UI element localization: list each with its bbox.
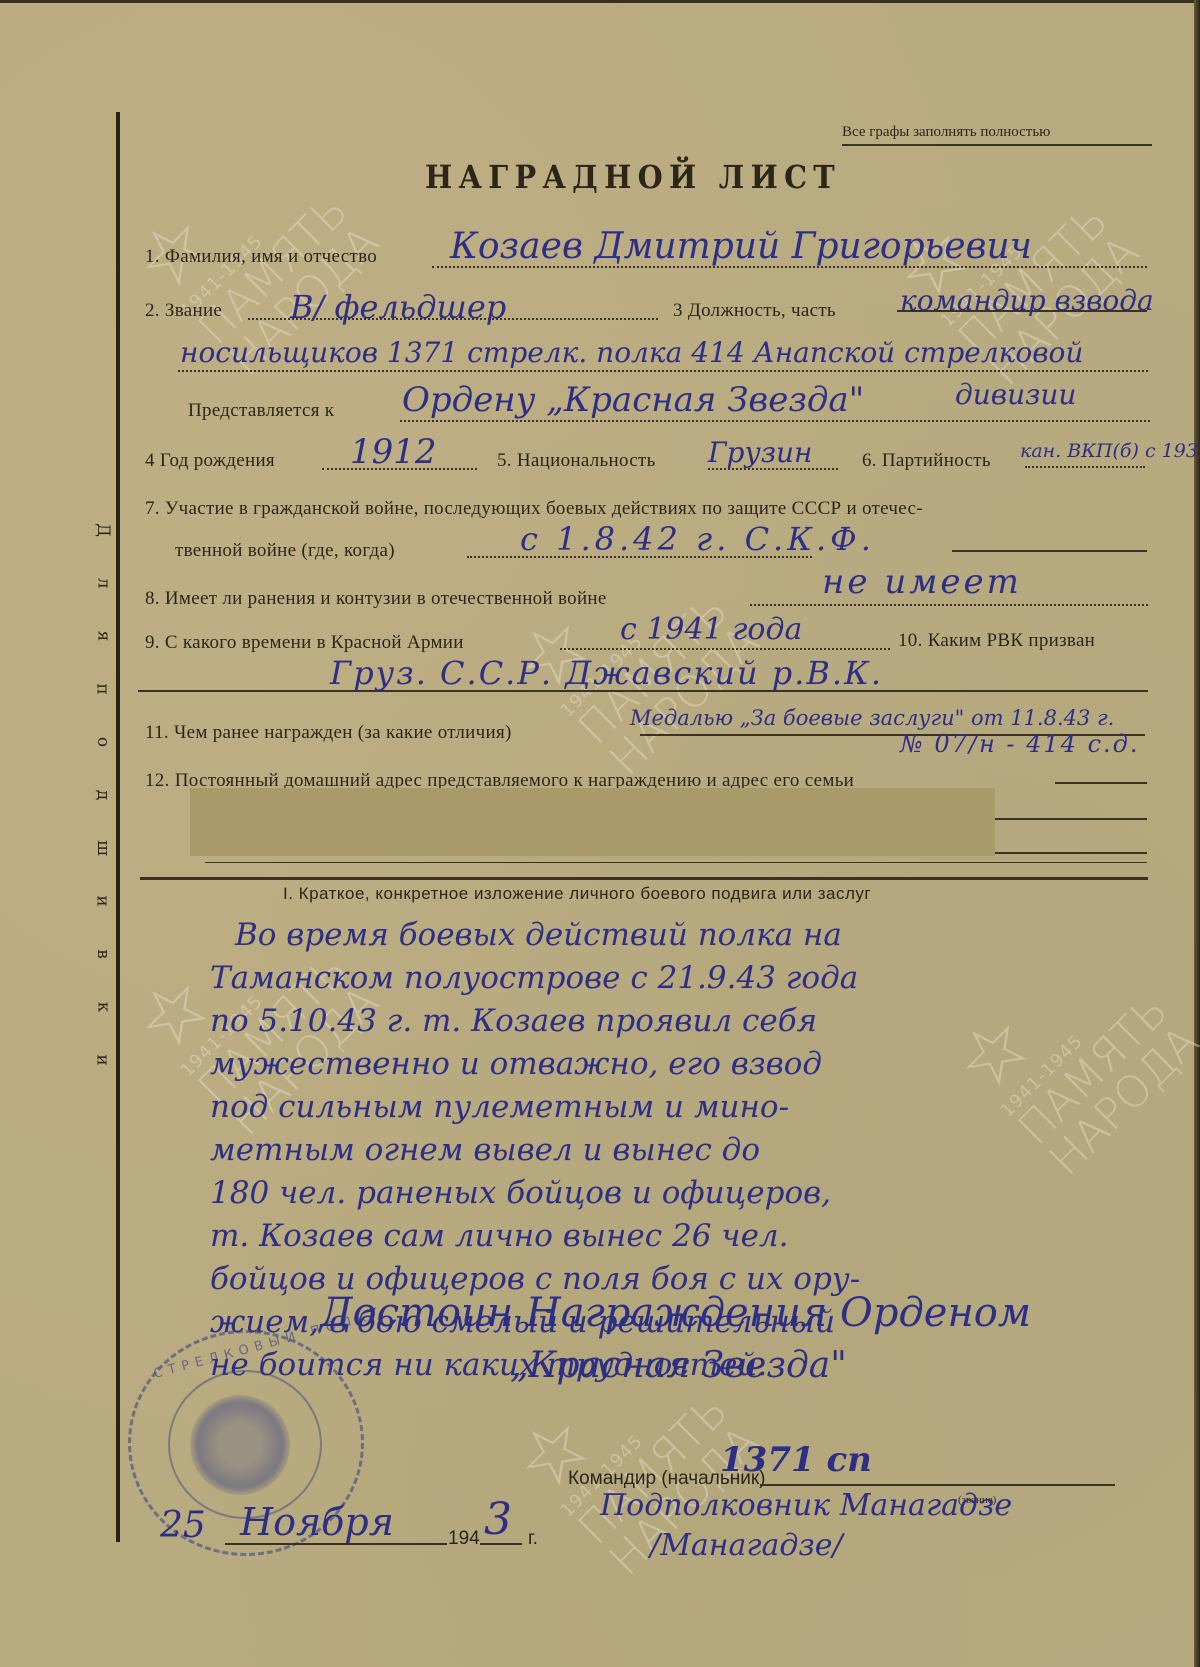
section-rule-thick (140, 877, 1148, 880)
field-10-value: Груз. С.С.Р. Джавский р.В.К. (330, 654, 883, 692)
field-12-line (1055, 782, 1147, 784)
feat-line-6: метным огнем вывел и вынес до (210, 1129, 760, 1173)
redacted-address-block (190, 788, 995, 856)
conclusion-line-1: Достоин Награждения Орденом (320, 1290, 1031, 1336)
field-3-value-cont2: дивизии (955, 378, 1076, 411)
feat-line-1: Во время боевых действий полка на (235, 914, 842, 958)
feat-line-4: мужественно и отважно, его взвод (210, 1043, 822, 1087)
feat-line-7: 180 чел. раненых бойцов и офицеров, (210, 1172, 831, 1216)
field-11-value-cont: № 07/н - 414 с.д. (900, 730, 1140, 758)
presented-value: Ордену „Красная Звезда" (402, 380, 864, 420)
field-8-line (750, 604, 1148, 606)
field-4-value: 1912 (350, 432, 437, 472)
field-8-label: 8. Имеет ли ранения и контузии в отечест… (145, 588, 607, 610)
date-line (225, 1543, 447, 1545)
field-7-label-line1: 7. Участие в гражданской войне, последую… (145, 498, 923, 520)
field-11-value: Медалью „За боевые заслуги" от 11.8.43 г… (630, 706, 1114, 730)
fill-all-note: Все графы заполнять полностью (842, 124, 1050, 141)
field-4-label: 4 Год рождения (145, 450, 275, 472)
field-2-value: В/ фельдшер (290, 288, 506, 326)
year-g: г. (528, 1528, 538, 1550)
field-12-line-3 (995, 852, 1147, 854)
field-9-line (560, 648, 890, 650)
feat-heading: I. Краткое, конкретное изложение личного… (283, 884, 871, 904)
feat-line-5: под сильным пулеметным и мино- (210, 1086, 789, 1130)
field-2-label: 2. Звание (145, 300, 222, 322)
rank-value: Подполковник Манагадзе (600, 1488, 1012, 1523)
field-3-cont-line (178, 370, 1148, 372)
field-7-label-line2: твенной войне (где, когда) (175, 540, 395, 562)
field-7-value: с 1.8.42 г. С.К.Ф. (520, 520, 875, 558)
paper-edge-top (0, 0, 1200, 3)
note-underline (842, 144, 1152, 146)
margin-label-for-binding: Д л я п о д ш и в к и (88, 520, 118, 1070)
field-6-line (1025, 466, 1145, 468)
paper-edge-right (1194, 0, 1200, 1667)
feat-line-2: Таманском полуострове с 21.9.43 года (210, 957, 858, 1001)
field-9-label: 9. С какого времени в Красной Армии (145, 632, 464, 654)
field-3-value-cont: носильщиков 1371 стрелк. полка 414 Анапс… (180, 336, 1083, 369)
year-suffix: 3 (484, 1494, 512, 1545)
field-3-label: 3 Должность, часть (673, 300, 836, 322)
official-stamp-emblem (190, 1395, 290, 1495)
section-rule-thin (205, 862, 1147, 863)
field-11-label: 11. Чем ранее награжден (за какие отличи… (145, 722, 512, 744)
field-12-line-2 (995, 818, 1147, 820)
feat-line-3: по 5.10.43 г. т. Козаев проявил себя (210, 1000, 817, 1044)
date-day: 25 (160, 1505, 206, 1546)
presented-label: Представляется к (188, 400, 334, 422)
field-6-value: кан. ВКП(б) с 1932 (1020, 440, 1200, 462)
field-7-line-b (952, 550, 1147, 552)
field-10-label: 10. Каким РВК призван (898, 630, 1095, 652)
conclusion-line-2: „Красная Звезда" (510, 1345, 847, 1386)
signer-name: /Манагадзе/ (650, 1528, 843, 1563)
field-5-value: Грузин (708, 436, 812, 469)
presented-line (400, 420, 1150, 422)
field-6-label: 6. Партийность (862, 450, 991, 472)
commander-unit: 1371 сп (720, 1440, 872, 1480)
year-prefix: 194 (448, 1528, 480, 1550)
field-1-label: 1. Фамилия, имя и отчество (145, 246, 377, 268)
feat-line-8: т. Козаев сам лично вынес 26 чел. (210, 1215, 789, 1259)
field-1-value: Козаев Дмитрий Григорьевич (450, 226, 1032, 267)
commander-line (760, 1484, 1115, 1486)
field-5-label: 5. Национальность (497, 450, 656, 472)
date-month: Ноября (240, 1500, 394, 1544)
field-9-value: с 1941 года (620, 612, 802, 647)
field-8-value: не имеет (822, 562, 1022, 602)
document-title: НАГРАДНОЙ ЛИСТ (425, 158, 841, 196)
field-3-value: командир взвода (900, 284, 1154, 317)
